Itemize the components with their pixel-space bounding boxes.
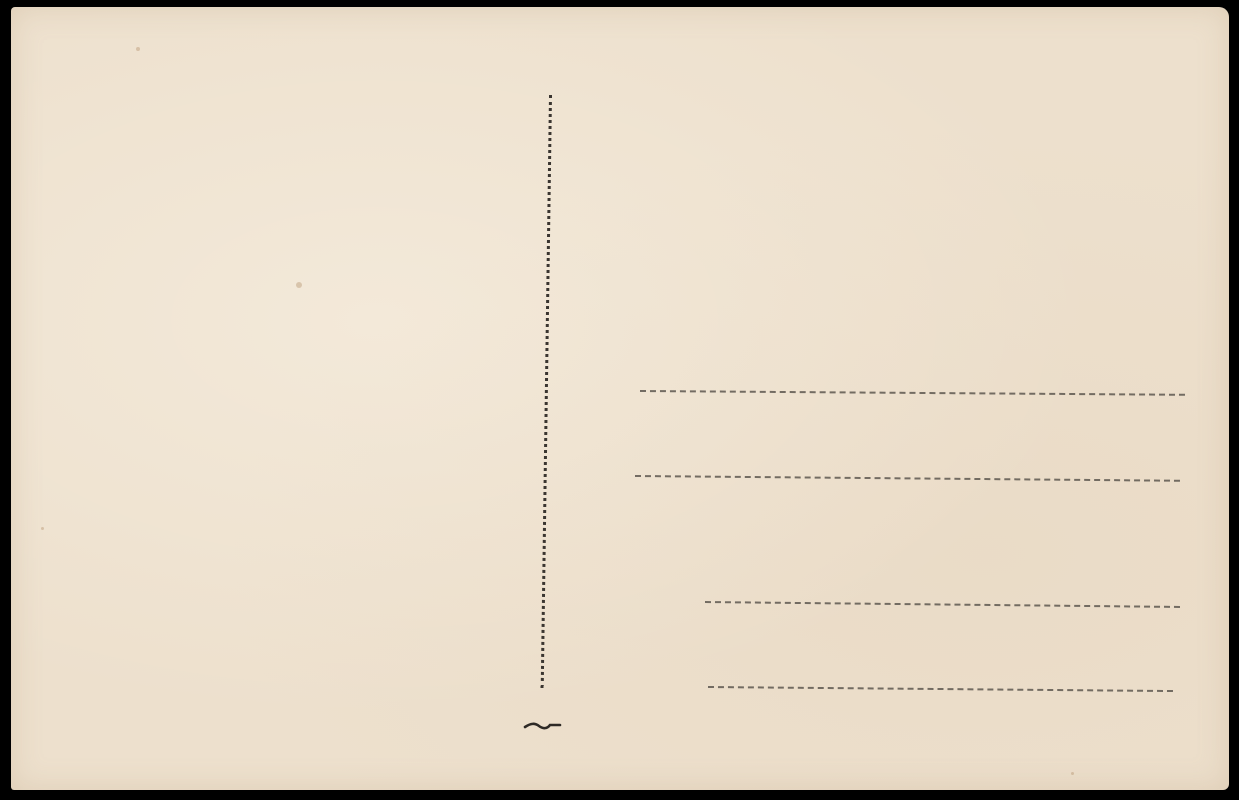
foxing-spot	[296, 282, 302, 288]
foxing-spot	[1071, 772, 1074, 775]
foxing-spot	[136, 47, 140, 51]
tilde-flourish-icon	[523, 718, 563, 732]
postcard-back	[11, 7, 1229, 790]
foxing-spot	[41, 527, 44, 530]
